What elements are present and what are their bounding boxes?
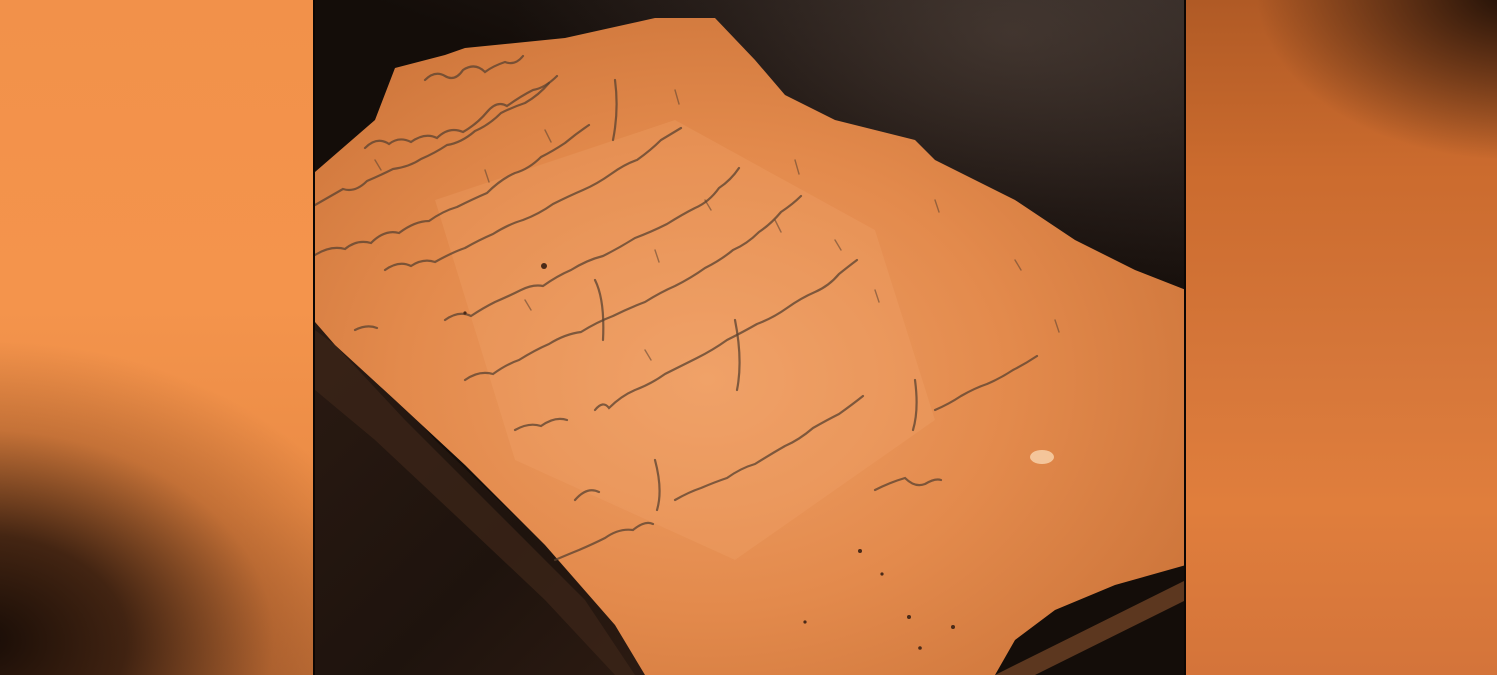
ostracon-photo bbox=[315, 0, 1186, 675]
blurred-pillar-left bbox=[0, 0, 315, 675]
ink-inscription bbox=[315, 0, 1186, 675]
blurred-pillar-right bbox=[1186, 0, 1497, 675]
